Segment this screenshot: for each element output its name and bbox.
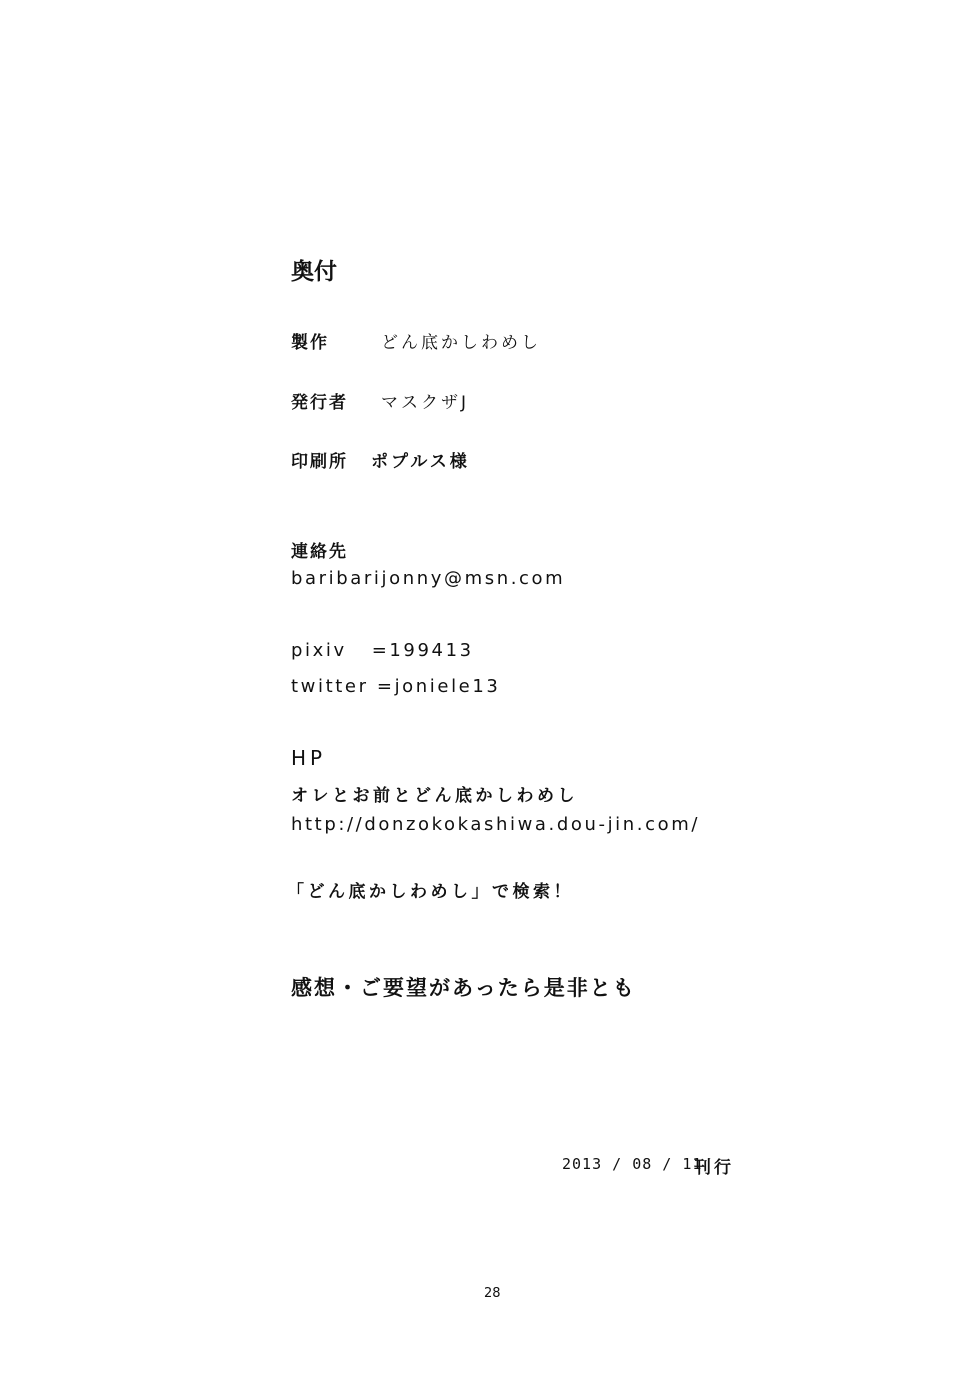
twitter-id: twitter =joniele13 <box>291 676 500 697</box>
publisher-label: 発行者 <box>291 388 348 413</box>
feedback-message: 感想・ご要望があったら是非とも <box>291 972 636 1002</box>
printer-label: 印刷所 <box>291 447 348 472</box>
homepage-url[interactable]: http://donzokokashiwa.dou-jin.com/ <box>291 814 700 835</box>
homepage-label: HP <box>291 746 326 770</box>
production-label: 製作 <box>291 328 329 353</box>
contact-email[interactable]: baribarijonny@msn.com <box>291 568 565 589</box>
page-number: 28 <box>484 1286 501 1301</box>
homepage-site-name: オレとお前とどん底かしわめし <box>291 781 578 806</box>
production-value: どん底かしわめし <box>381 328 541 353</box>
contact-label: 連絡先 <box>291 537 348 562</box>
search-hint: 「どん底かしわめし」で検索！ <box>287 877 574 902</box>
printer-value: ポプルス様 <box>371 447 470 472</box>
colophon-title: 奥付 <box>291 253 337 286</box>
publisher-value: マスクザJ <box>381 388 469 413</box>
publication-date: 2013 / 08 / 11 <box>562 1155 702 1173</box>
pixiv-id: pixiv =199413 <box>291 640 474 661</box>
publication-suffix: 刊行 <box>694 1153 734 1178</box>
